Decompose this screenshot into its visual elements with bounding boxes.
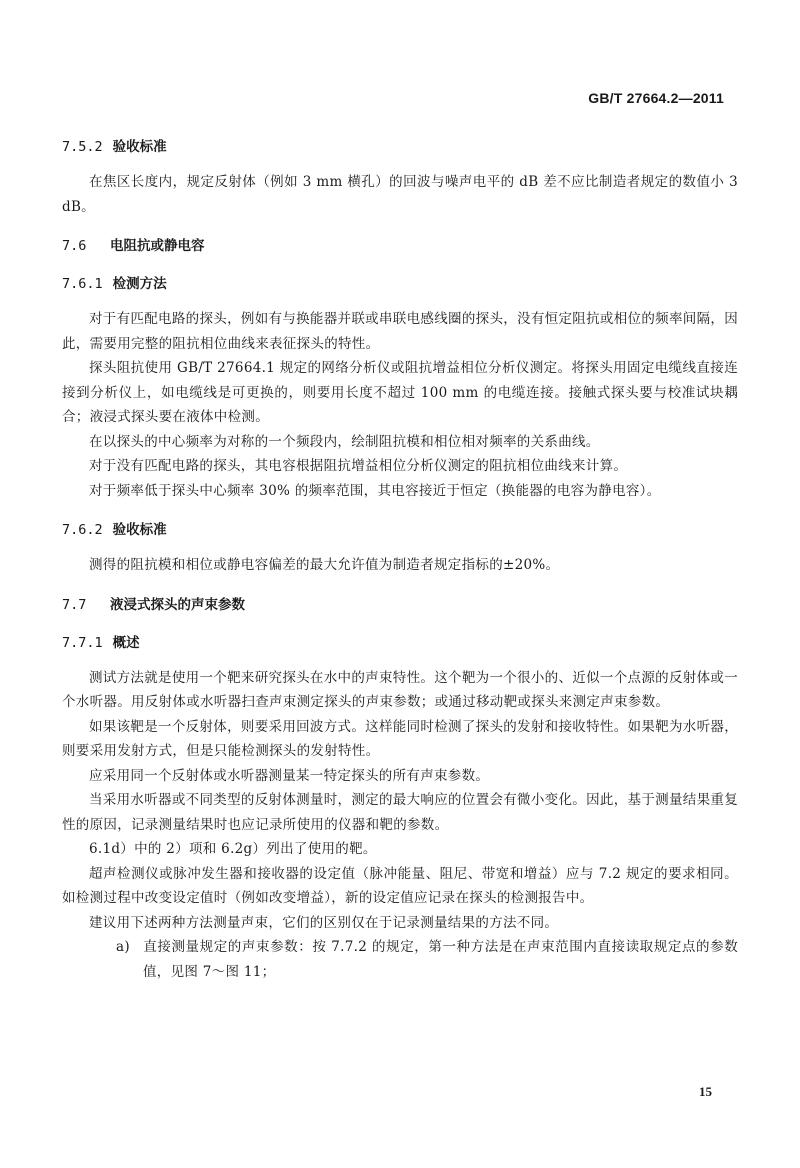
list-item-text: 直接测量规定的声束参数：按 7.7.2 的规定，第一种方法是在声束范围内直接读取… — [143, 939, 738, 980]
paragraph: 对于有匹配电路的探头，例如有与换能器并联或串联电感线圈的探头，没有恒定阻抗或相位… — [62, 307, 738, 356]
paragraph: 当采用水听器或不同类型的反射体测量时，测定的最大响应的位置会有微小变化。因此，基… — [62, 788, 738, 837]
section-number: 7.6.2 — [62, 519, 103, 541]
heading-7-7-1: 7.7.1概述 — [62, 632, 738, 654]
section-title: 电阻抗或静电容 — [110, 238, 205, 254]
paragraph: 对于频率低于探头中心频率 30% 的频率范围，其电容接近于恒定（换能器的电容为静… — [62, 479, 738, 504]
paragraph: 6.1d）中的 2）项和 6.2g）列出了使用的靶。 — [62, 837, 738, 862]
paragraph: 在以探头的中心频率为对称的一个频段内，绘制阻抗模和相位相对频率的关系曲线。 — [62, 430, 738, 455]
heading-7-6: 7.6电阻抗或静电容 — [62, 235, 738, 257]
list-marker: a) — [116, 935, 143, 960]
heading-7-6-1: 7.6.1检测方法 — [62, 273, 738, 295]
paragraph: 超声检测仪或脉冲发生器和接收器的设定值（脉冲能量、阻尼、带宽和增益）应与 7.2… — [62, 862, 738, 911]
heading-7-5-2: 7.5.2验收标准 — [62, 136, 738, 158]
heading-7-6-2: 7.6.2验收标准 — [62, 519, 738, 541]
paragraph: 在焦区长度内，规定反射体（例如 3 mm 横孔）的回波与噪声电平的 dB 差不应… — [62, 170, 738, 219]
paragraph: 如果该靶是一个反射体，则要采用回波方式。这样能同时检测了探头的发射和接收特性。如… — [62, 715, 738, 764]
section-number: 7.7.1 — [62, 632, 103, 654]
page-number: 15 — [699, 1084, 712, 1100]
section-number: 7.6 — [62, 235, 100, 257]
paragraph: 测试方法就是使用一个靶来研究探头在水中的声束特性。这个靶为一个很小的、近似一个点… — [62, 666, 738, 715]
paragraph: 建议用下述两种方法测量声束，它们的区别仅在于记录测量结果的方法不同。 — [62, 911, 738, 936]
section-title: 概述 — [113, 635, 140, 651]
section-title: 检测方法 — [113, 276, 167, 292]
paragraph: 测得的阻抗模和相位或静电容偏差的最大允许值为制造者规定指标的±20%。 — [62, 553, 738, 578]
paragraph: 对于没有匹配电路的探头，其电容根据阻抗增益相位分析仪测定的阻抗相位曲线来计算。 — [62, 454, 738, 479]
paragraph: 探头阻抗使用 GB/T 27664.1 规定的网络分析仪或阻抗增益相位分析仪测定… — [62, 356, 738, 430]
section-number: 7.7 — [62, 594, 100, 616]
paragraph: 应采用同一个反射体或水听器测量某一特定探头的所有声束参数。 — [62, 764, 738, 789]
section-title: 验收标准 — [113, 139, 167, 155]
section-number: 7.6.1 — [62, 273, 103, 295]
standard-code: GB/T 27664.2—2011 — [588, 90, 724, 106]
document-body: 7.5.2验收标准 在焦区长度内，规定反射体（例如 3 mm 横孔）的回波与噪声… — [62, 136, 738, 984]
section-title: 液浸式探头的声束参数 — [110, 597, 245, 613]
list-item-a: a)直接测量规定的声束参数：按 7.7.2 的规定，第一种方法是在声束范围内直接… — [89, 935, 738, 984]
heading-7-7: 7.7液浸式探头的声束参数 — [62, 594, 738, 616]
section-number: 7.5.2 — [62, 136, 103, 158]
section-title: 验收标准 — [113, 522, 167, 538]
